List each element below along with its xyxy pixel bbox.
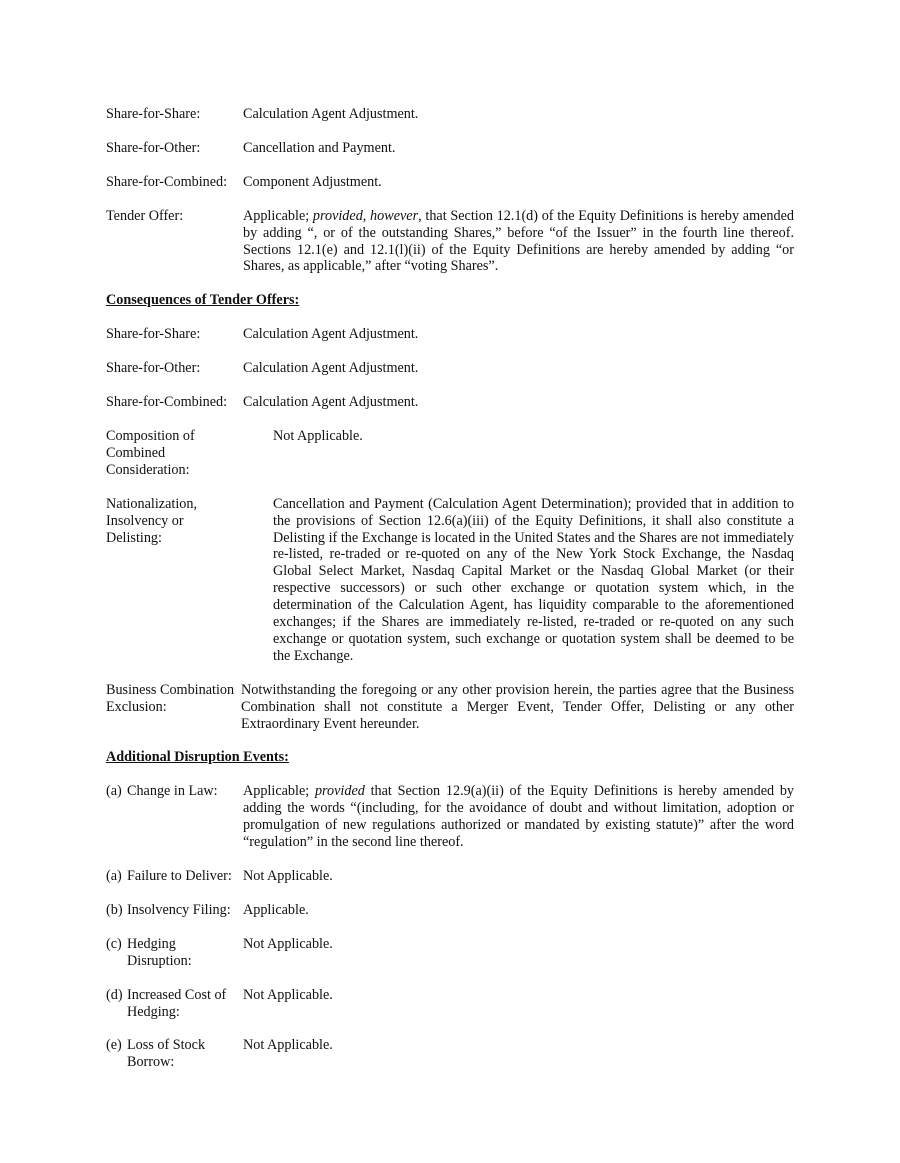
enum-label: (b) bbox=[106, 902, 127, 919]
term-label: Share-for-Combined: bbox=[106, 394, 243, 411]
label-text: Business Combination Exclusion: bbox=[106, 682, 244, 716]
term-value: Applicable. bbox=[243, 902, 794, 919]
term-row: Share-for-Combined: Component Adjustment… bbox=[106, 174, 794, 191]
term-label: Nationalization, Insolvency or Delisting… bbox=[106, 496, 273, 665]
label-text: Hedging Disruption: bbox=[127, 936, 207, 970]
label-text: Insolvency Filing: bbox=[127, 902, 231, 919]
term-value: Not Applicable. bbox=[243, 1037, 794, 1071]
term-row: Share-for-Other: Cancellation and Paymen… bbox=[106, 140, 794, 157]
enum-label: (d) bbox=[106, 987, 127, 1021]
term-row: Share-for-Other: Calculation Agent Adjus… bbox=[106, 360, 794, 377]
term-label: Composition of Combined Consideration: bbox=[106, 428, 273, 479]
term-label: (b) Insolvency Filing: bbox=[106, 902, 243, 919]
term-value: Not Applicable. bbox=[243, 868, 794, 885]
term-value: Applicable; provided that Section 12.9(a… bbox=[243, 783, 794, 851]
term-row: (b) Insolvency Filing: Applicable. bbox=[106, 902, 794, 919]
term-label: Tender Offer: bbox=[106, 208, 243, 276]
term-label: Share-for-Other: bbox=[106, 360, 243, 377]
term-value: Cancellation and Payment (Calculation Ag… bbox=[273, 496, 794, 665]
term-label: Share-for-Other: bbox=[106, 140, 243, 157]
value-text: Applicable; bbox=[243, 783, 315, 799]
term-value: Calculation Agent Adjustment. bbox=[243, 360, 794, 377]
term-label: (a) Change in Law: bbox=[106, 783, 243, 851]
term-value: Cancellation and Payment. bbox=[243, 140, 794, 157]
section-heading: Consequences of Tender Offers: bbox=[106, 292, 794, 309]
term-value: Notwithstanding the foregoing or any oth… bbox=[241, 682, 794, 733]
value-italic: provided, however bbox=[313, 208, 418, 224]
enum-label: (e) bbox=[106, 1037, 127, 1071]
term-label: (e) Loss of Stock Borrow: bbox=[106, 1037, 243, 1071]
term-row: Share-for-Share: Calculation Agent Adjus… bbox=[106, 106, 794, 123]
term-label: (a) Failure to Deliver: bbox=[106, 868, 243, 885]
term-row: Business Combination Exclusion: Notwiths… bbox=[106, 682, 794, 733]
value-italic: provided bbox=[315, 783, 365, 799]
term-row: Composition of Combined Consideration: N… bbox=[106, 428, 794, 479]
term-row: Share-for-Share: Calculation Agent Adjus… bbox=[106, 326, 794, 343]
tender-offer-row: Tender Offer: Applicable; provided, howe… bbox=[106, 208, 794, 276]
term-value: Applicable; provided, however, that Sect… bbox=[243, 208, 794, 276]
term-row: (a) Failure to Deliver: Not Applicable. bbox=[106, 868, 794, 885]
term-row: (c) Hedging Disruption: Not Applicable. bbox=[106, 936, 794, 970]
term-label: Share-for-Share: bbox=[106, 326, 243, 343]
term-value: Not Applicable. bbox=[243, 936, 794, 970]
term-value: Calculation Agent Adjustment. bbox=[243, 106, 794, 123]
label-text: Change in Law: bbox=[127, 783, 218, 851]
term-row: (d) Increased Cost of Hedging: Not Appli… bbox=[106, 987, 794, 1021]
term-value: Component Adjustment. bbox=[243, 174, 794, 191]
value-text: Applicable; bbox=[243, 208, 313, 224]
term-value: Not Applicable. bbox=[243, 987, 794, 1021]
term-label: Business Combination Exclusion: bbox=[106, 682, 243, 733]
term-label: (d) Increased Cost of Hedging: bbox=[106, 987, 243, 1021]
term-label: (c) Hedging Disruption: bbox=[106, 936, 243, 970]
term-value: Calculation Agent Adjustment. bbox=[243, 394, 794, 411]
term-value: Not Applicable. bbox=[273, 428, 794, 479]
label-text: Loss of Stock Borrow: bbox=[127, 1037, 217, 1071]
term-row: Share-for-Combined: Calculation Agent Ad… bbox=[106, 394, 794, 411]
label-text: Failure to Deliver: bbox=[127, 868, 232, 885]
term-label: Share-for-Share: bbox=[106, 106, 243, 123]
section-heading: Additional Disruption Events: bbox=[106, 749, 794, 766]
term-label: Share-for-Combined: bbox=[106, 174, 243, 191]
document-page: Share-for-Share: Calculation Agent Adjus… bbox=[106, 106, 794, 1088]
enum-label: (a) bbox=[106, 868, 127, 885]
term-row: (a) Change in Law: Applicable; provided … bbox=[106, 783, 794, 851]
term-value: Calculation Agent Adjustment. bbox=[243, 326, 794, 343]
term-row: Nationalization, Insolvency or Delisting… bbox=[106, 496, 794, 665]
enum-label: (c) bbox=[106, 936, 127, 970]
label-text: Increased Cost of Hedging: bbox=[127, 987, 237, 1021]
term-row: (e) Loss of Stock Borrow: Not Applicable… bbox=[106, 1037, 794, 1071]
enum-label: (a) bbox=[106, 783, 127, 851]
